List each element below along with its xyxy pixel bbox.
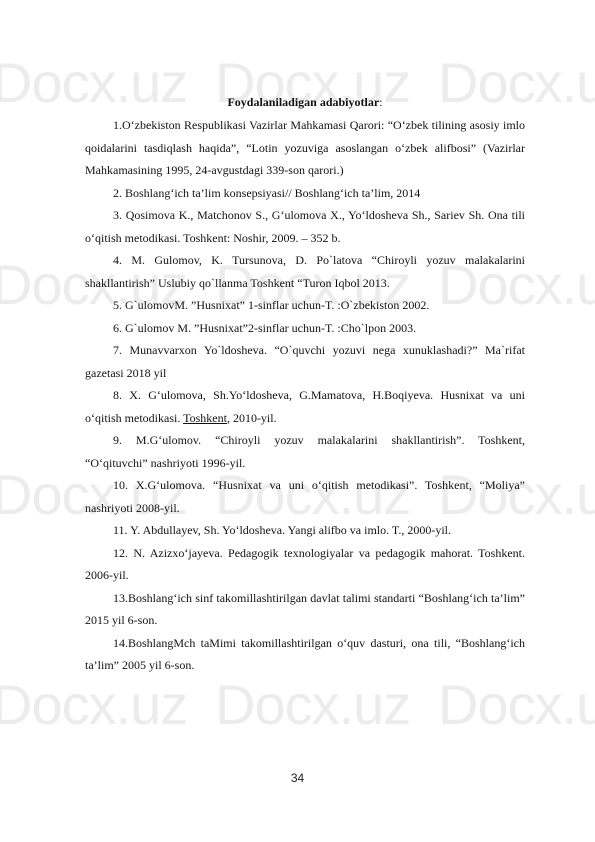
reference-text: Qosimova K., Matchonov S., G‘ulomova X.,… bbox=[85, 208, 525, 245]
reference-number: 14. bbox=[113, 636, 128, 650]
references-section: Foydalaniladigan adabiyotlar: 1.O‘zbekis… bbox=[85, 91, 525, 677]
reference-text: X. G‘ulomova, Sh.Yo‘ldosheva, G.Mamatova… bbox=[85, 388, 525, 425]
reference-item: 13.Boshlang‘ich sinf takomillashtirilgan… bbox=[85, 587, 525, 632]
reference-text: , 2010-yil. bbox=[227, 411, 277, 425]
reference-text: BoshlangMch taMimi takomillashtirilgan o… bbox=[85, 636, 525, 673]
reference-text: N. Azizxo‘jayeva. Pedagogik texnologiyal… bbox=[85, 546, 525, 583]
watermark: Docx.uz bbox=[215, 672, 410, 737]
reference-number: 13. bbox=[113, 591, 128, 605]
reference-item: 8. X. G‘ulomova, Sh.Yo‘ldosheva, G.Mamat… bbox=[85, 384, 525, 429]
reference-text: Y. Abdullayev, Sh. Yo‘ldosheva. Yangi al… bbox=[128, 523, 451, 537]
reference-number: 3. bbox=[113, 208, 122, 222]
reference-text: G`ulomovM. ”Husnixat” 1-sinflar uchun-T.… bbox=[122, 298, 429, 312]
reference-item: 2. Boshlang‘ich ta’lim konsepsiyasi// Bo… bbox=[85, 182, 525, 205]
reference-number: 2. bbox=[113, 186, 122, 200]
reference-text: Boshlang‘ich sinf takomillashtirilgan da… bbox=[85, 591, 525, 628]
reference-number: 1. bbox=[113, 118, 122, 132]
toshkent-link[interactable]: Toshkent bbox=[183, 411, 227, 425]
reference-number: 10. bbox=[113, 478, 128, 492]
section-title-colon: : bbox=[379, 95, 382, 109]
reference-item: 12. N. Azizxo‘jayeva. Pedagogik texnolog… bbox=[85, 542, 525, 587]
reference-text: Munavvarxon Yo`ldosheva. “O`quvchi yozuv… bbox=[85, 343, 525, 380]
document-page: Docx.uz Docx.uz Docx.uz Docx.uz Docx.uz … bbox=[0, 0, 595, 842]
watermark: Docx.uz bbox=[438, 672, 595, 737]
reference-text: G`ulomov M. ”Husnixat”2-sinflar uchun-T.… bbox=[122, 321, 416, 335]
reference-number: 5. bbox=[113, 298, 122, 312]
reference-number: 4. bbox=[113, 253, 122, 267]
section-title: Foydalaniladigan adabiyotlar: bbox=[85, 91, 525, 113]
reference-item: 5. G`ulomovM. ”Husnixat” 1-sinflar uchun… bbox=[85, 294, 525, 317]
reference-item: 3. Qosimova K., Matchonov S., G‘ulomova … bbox=[85, 204, 525, 249]
reference-number: 9. bbox=[113, 433, 122, 447]
reference-item: 14.BoshlangMch taMimi takomillashtirilga… bbox=[85, 632, 525, 677]
reference-item: 9. M.G‘ulomov. “Chiroyli yozuv malakalar… bbox=[85, 429, 525, 474]
reference-number: 11. bbox=[113, 523, 128, 537]
reference-text: X.G‘ulomova. “Husnixat va uni o‘qitish m… bbox=[85, 478, 525, 515]
reference-item: 10. X.G‘ulomova. “Husnixat va uni o‘qiti… bbox=[85, 474, 525, 519]
page-number: 34 bbox=[0, 771, 595, 785]
reference-item: 4. M. Gulomov, K. Tursunova, D. Po`latov… bbox=[85, 249, 525, 294]
reference-number: 7. bbox=[113, 343, 122, 357]
watermark: Docx.uz bbox=[0, 672, 187, 737]
section-title-text: Foydalaniladigan adabiyotlar bbox=[227, 95, 379, 109]
reference-item: 11. Y. Abdullayev, Sh. Yo‘ldosheva. Yang… bbox=[85, 519, 525, 542]
reference-number: 6. bbox=[113, 321, 122, 335]
reference-item: 6. G`ulomov M. ”Husnixat”2-sinflar uchun… bbox=[85, 317, 525, 340]
reference-text: M.G‘ulomov. “Chiroyli yozuv malakalarini… bbox=[85, 433, 525, 470]
reference-number: 12. bbox=[113, 546, 128, 560]
reference-text: Boshlang‘ich ta’lim konsepsiyasi// Boshl… bbox=[122, 186, 420, 200]
reference-text: M. Gulomov, K. Tursunova, D. Po`latova “… bbox=[85, 253, 525, 290]
reference-text: O‘zbekiston Respublikasi Vazirlar Mahkam… bbox=[85, 118, 525, 177]
reference-item: 1.O‘zbekiston Respublikasi Vazirlar Mahk… bbox=[85, 114, 525, 182]
reference-item: 7. Munavvarxon Yo`ldosheva. “O`quvchi yo… bbox=[85, 339, 525, 384]
reference-number: 8. bbox=[113, 388, 122, 402]
